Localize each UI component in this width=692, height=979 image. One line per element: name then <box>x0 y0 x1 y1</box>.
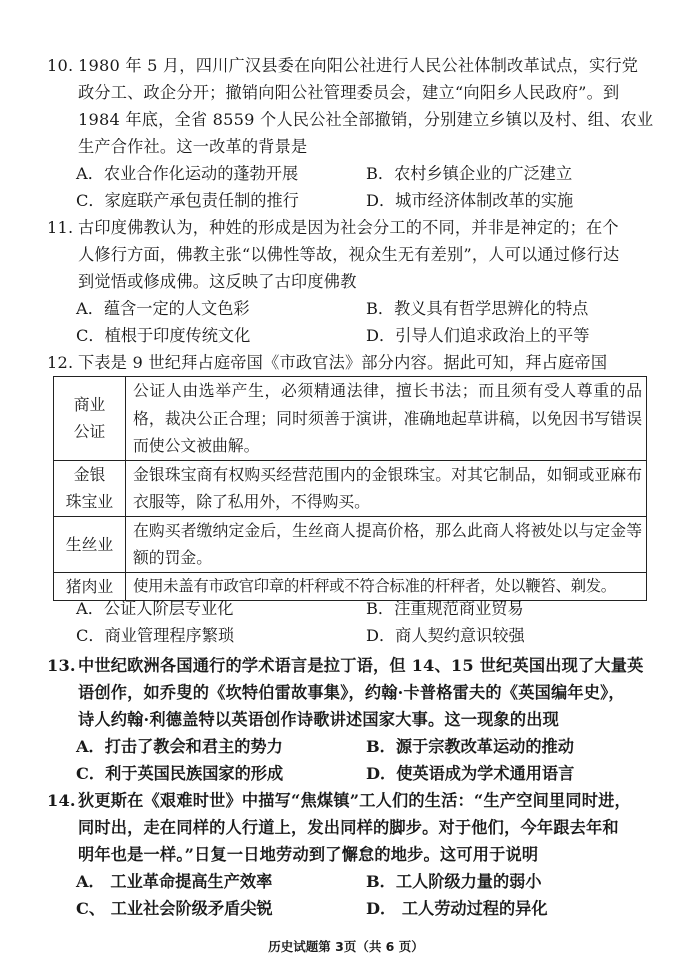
option-a: A． 工业革命提高生产效率 <box>76 868 272 895</box>
table-value-cell: 在购买者缴纳定金后，生丝商人提高价格，那么此商人将被处以与定金等额的罚金。 <box>126 516 647 572</box>
table-key-line: 生丝业 <box>54 531 125 558</box>
option-d: D．商人契约意识较强 <box>366 622 525 649</box>
table-value-cell: 金银珠宝商有权购买经营范围内的金银珠宝。对其它制品，如铜或亚麻布衣服等，除了私用… <box>126 460 647 516</box>
table-row: 商业 公证 公证人由选举产生，必须精通法律，擅长书法；而且须有受人尊重的品格，裁… <box>54 377 647 461</box>
option-c: C．家庭联产承包责任制的推行 <box>76 187 299 214</box>
option-c: C．植根于印度传统文化 <box>76 322 250 349</box>
question-number: 12. <box>47 349 73 376</box>
table-row: 生丝业 在购买者缴纳定金后，生丝商人提高价格，那么此商人将被处以与定金等额的罚金… <box>54 516 647 572</box>
table-key-cell: 商业 公证 <box>54 377 126 461</box>
question-text-line: 古印度佛教认为，种姓的形成是因为社会分工的不同，并非是神定的；在个 <box>78 214 619 241</box>
option-c: C、 工业社会阶级矛盾尖锐 <box>76 895 273 922</box>
option-d: D．使英语成为学术通用语言 <box>366 760 574 787</box>
question-text-line: 诗人约翰·利德盖特以英语创作诗歌讲述国家大事。这一现象的出现 <box>78 706 559 733</box>
question-text-line: 1984 年底，全省 8559 个人民公社全部撤销，分别建立乡镇以及村、组、农业 <box>78 106 653 133</box>
question-text-line: 中世纪欧洲各国通行的学术语言是拉丁语，但 14、15 世纪英国出现了大量英 <box>78 652 644 679</box>
question-text-line: 人修行方面，佛教主张“以佛性等故，视众生无有差别”，人可以通过修行达 <box>78 241 619 268</box>
table-key-line: 珠宝业 <box>54 488 125 515</box>
option-d: D． 工人劳动过程的异化 <box>366 895 548 922</box>
table-key-line: 公证 <box>54 418 125 445</box>
option-b: B．工人阶级力量的弱小 <box>366 868 542 895</box>
question-text-line: 明年也是一样。”日复一日地劳动到了懈怠的地步。这可用于说明 <box>78 841 538 868</box>
question-number: 10. <box>47 52 73 79</box>
table-key-line: 商业 <box>54 391 125 418</box>
page-footer: 历史试题第 3页（共 6 页） <box>0 937 692 955</box>
option-b: B．农村乡镇企业的广泛建立 <box>366 160 572 187</box>
option-d: D．城市经济体制改革的实施 <box>366 187 573 214</box>
option-d: D．引导人们追求政治上的平等 <box>366 322 589 349</box>
option-a: A．农业合作化运动的蓬勃开展 <box>76 160 298 187</box>
exam-page: 10. 1980 年 5 月，四川广汉县委在向阳公社进行人民公社体制改革试点，实… <box>0 0 692 979</box>
question-text-line: 到觉悟或修成佛。这反映了古印度佛教 <box>78 268 357 295</box>
question-number: 11. <box>47 214 73 241</box>
table-row: 金银 珠宝业 金银珠宝商有权购买经营范围内的金银珠宝。对其它制品，如铜或亚麻布衣… <box>54 460 647 516</box>
question-text-line: 生产合作社。这一改革的背景是 <box>78 133 307 160</box>
question-text-line: 同时出，走在同样的人行道上，发出同样的脚步。对于他们，今年跟去年和 <box>78 814 619 841</box>
table-key-cell: 生丝业 <box>54 516 126 572</box>
option-a: A．公证人阶层专业化 <box>76 595 233 622</box>
question-text-line: 狄更斯在《艰难时世》中描写“焦煤镇”工人们的生活：“生产空间里同时进， <box>78 787 631 814</box>
option-b: B．源于宗教改革运动的推动 <box>366 733 574 760</box>
option-a: A．打击了教会和君主的势力 <box>76 733 283 760</box>
option-b: B．注重规范商业贸易 <box>366 595 524 622</box>
table-key-line: 金银 <box>54 461 125 488</box>
question-text-line: 1980 年 5 月，四川广汉县委在向阳公社进行人民公社体制改革试点，实行党 <box>78 52 638 79</box>
question-number: 13. <box>47 652 76 679</box>
question-text-line: 语创作，如乔叟的《坎特伯雷故事集》，约翰·卡普格雷夫的《英国编年史》， <box>78 679 625 706</box>
question-text-line: 政分工、政企分开；撤销向阳公社管理委员会，建立“向阳乡人民政府”。到 <box>78 79 619 106</box>
table-key-cell: 金银 珠宝业 <box>54 460 126 516</box>
option-c: C．商业管理程序繁琐 <box>76 622 234 649</box>
table-value-cell: 公证人由选举产生，必须精通法律，擅长书法；而且须有受人尊重的品格，裁决公正合理；… <box>126 377 647 461</box>
question-text-line: 下表是 9 世纪拜占庭帝国《市政官法》部分内容。据此可知，拜占庭帝国 <box>78 349 607 376</box>
question-number: 14. <box>47 787 76 814</box>
option-b: B．教义具有哲学思辨化的特点 <box>366 295 588 322</box>
option-c: C．利于英国民族国家的形成 <box>76 760 283 787</box>
option-a: A．蕴含一定的人文色彩 <box>76 295 250 322</box>
municipal-law-table: 商业 公证 公证人由选举产生，必须精通法律，擅长书法；而且须有受人尊重的品格，裁… <box>53 376 647 601</box>
